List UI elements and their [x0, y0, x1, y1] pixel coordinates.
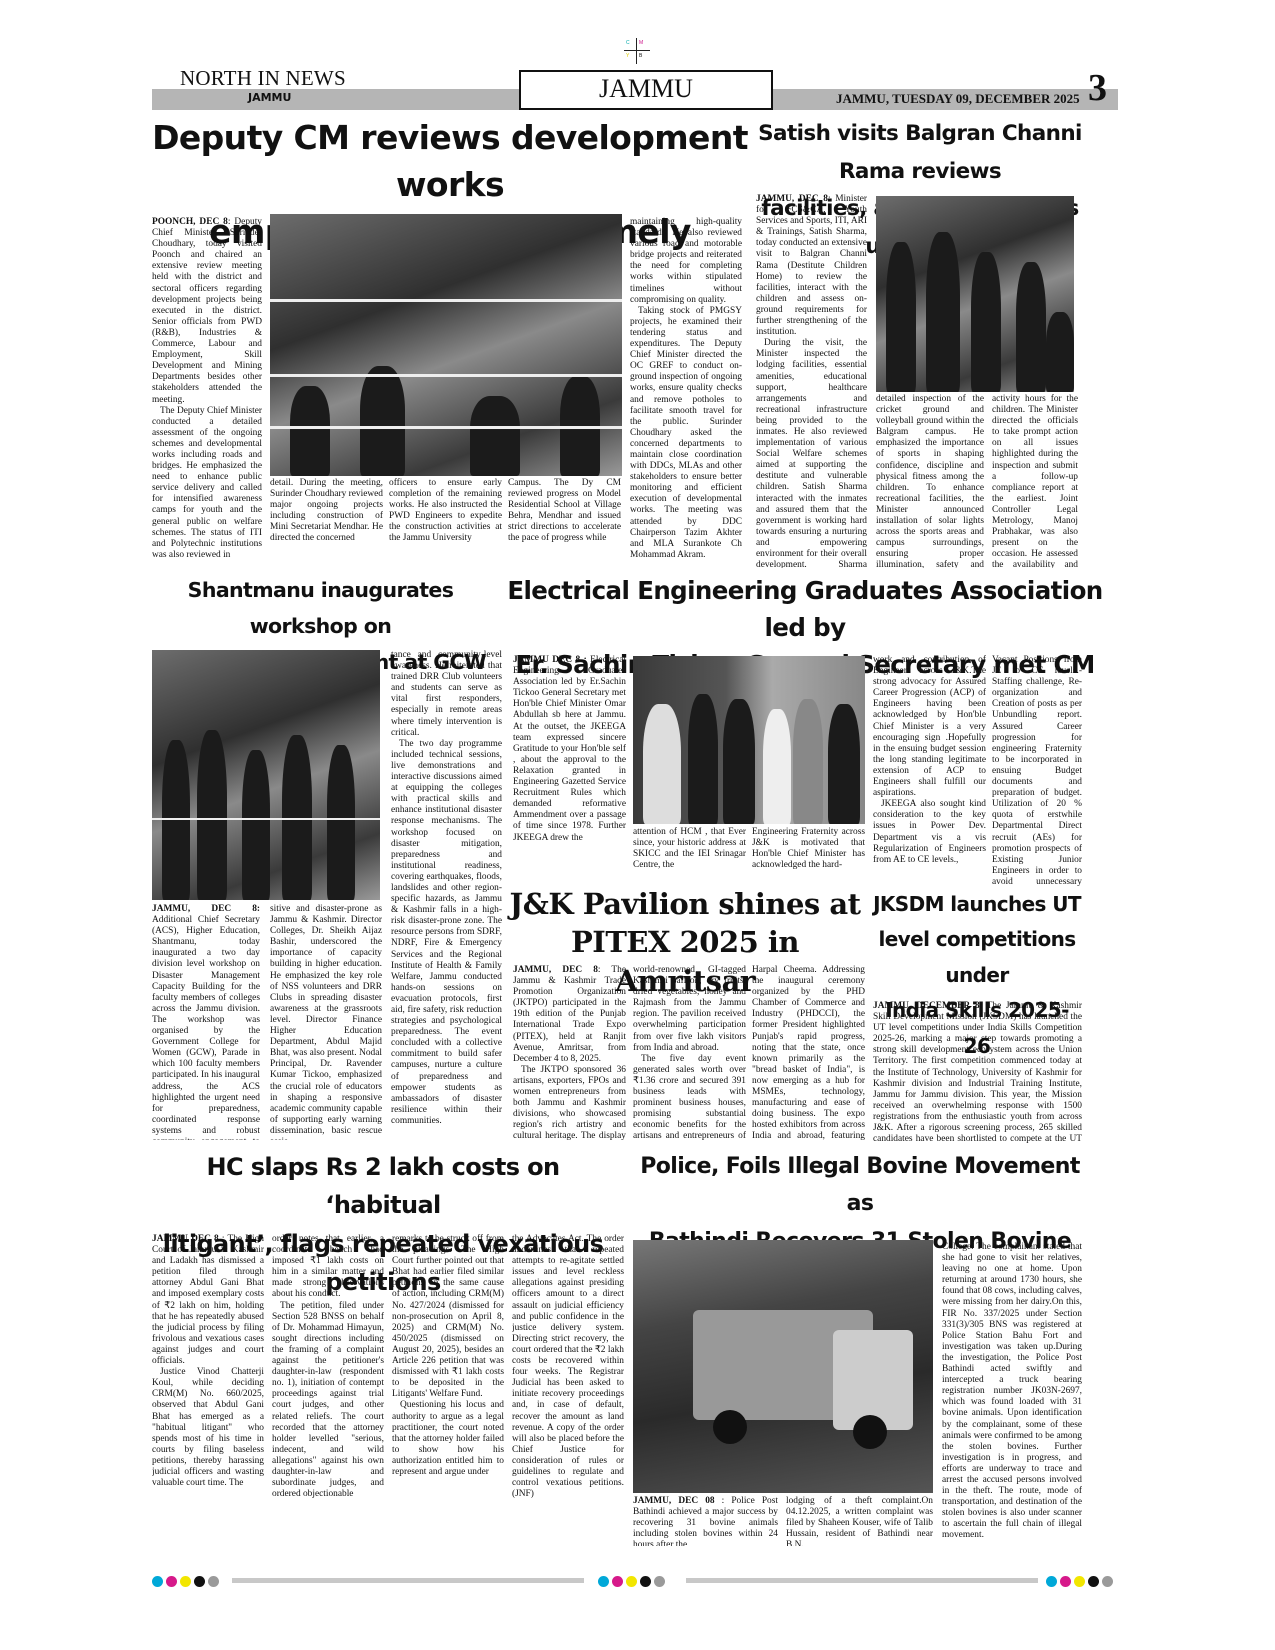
- article-column: JAMMU, DEC 8: The Jammu & Kashmir Trade …: [513, 965, 626, 1143]
- headline-line: level competitions under: [872, 922, 1082, 993]
- color-swatch-group: [152, 1574, 222, 1586]
- article-column: officers to ensure early completion of t…: [389, 478, 502, 568]
- article-column: detailed inspection of the cricket groun…: [876, 394, 984, 568]
- headline-line: HC slaps Rs 2 lakh costs on ‘habitual: [148, 1148, 618, 1225]
- article-text: : The Jammu & Kashmir Skill Development …: [873, 1001, 1082, 1143]
- article-column: College. The complainant stated that she…: [942, 1242, 1082, 1547]
- article-column: JAMMU, DEC 8: Minister for FCS&CA, Youth…: [756, 194, 867, 568]
- article-column: order notes that earlier, a coordinate b…: [272, 1234, 384, 1514]
- headline-line: Shantmanu inaugurates workshop on: [148, 573, 493, 645]
- article-column: POONCH, DEC 8: Deputy Chief Minister, Su…: [152, 217, 262, 567]
- magenta-dot-icon: [1060, 1576, 1071, 1587]
- article-column: work and contribution of Engineers acros…: [873, 655, 986, 887]
- article-column: world-renowned GI-tagged Kashmiri saffro…: [633, 965, 746, 1143]
- article-photo: [152, 650, 380, 900]
- article-column: attention of HCM , that Ever since, your…: [633, 827, 746, 887]
- magenta-dot-icon: [166, 1576, 177, 1587]
- article-text: Questioning his locus and authority to a…: [392, 1400, 504, 1478]
- article-column: JAMMU DEC 8 : The High Court of Jammu & …: [152, 1234, 264, 1514]
- article-column: Vacant Positions from JE to CE levels.-S…: [992, 655, 1082, 887]
- article-dateline: JAMMU, DECEMBER 8: [873, 1001, 980, 1011]
- article-column: remarks to be struck off from the pleadi…: [392, 1234, 504, 1514]
- masthead: NORTH IN NEWS: [180, 66, 346, 91]
- article-photo: [633, 656, 865, 824]
- color-swatch-group: [598, 1574, 668, 1586]
- article-column: JAMMU, DECEMBER 8: The Jammu & Kashmir S…: [873, 1001, 1082, 1143]
- cyan-dot-icon: [1046, 1576, 1057, 1587]
- yellow-dot-icon: [180, 1576, 191, 1587]
- cyan-dot-icon: [598, 1576, 609, 1587]
- headline-line: JKSDM launches UT: [872, 887, 1082, 922]
- footer-divider: [686, 1578, 1038, 1583]
- article-column: Harpal Cheema. Addressing the inaugural …: [752, 965, 865, 1143]
- article-column: maintaining high-quality standards. He a…: [630, 217, 742, 567]
- article-text: : Minister for FCS&CA, Youth Services an…: [756, 194, 867, 337]
- article-column: the Advocates Act. The order underlines …: [512, 1234, 624, 1514]
- magenta-dot-icon: [612, 1576, 623, 1587]
- article-dateline: JAMMU, DEC 08: [633, 1496, 715, 1506]
- article-column: detail. During the meeting, Surinder Cho…: [270, 478, 383, 568]
- headline-line: Satish visits Balgran Channi Rama review…: [750, 115, 1090, 190]
- reg-k: B: [639, 53, 642, 59]
- article-column: JAMMU, DEC 8: Additional Chief Secretary…: [152, 904, 260, 1140]
- article-dateline: JAMMU, DEC 8: [513, 965, 598, 975]
- masthead-edition: JAMMU: [248, 91, 291, 104]
- page-number: 3: [1088, 66, 1107, 110]
- reg-y: Y: [626, 53, 629, 59]
- registration-mark-icon: C M Y B: [624, 38, 650, 64]
- section-title: JAMMU: [519, 70, 773, 110]
- article-text: remarks to be struck off from the pleadi…: [392, 1234, 504, 1400]
- headline-line: Deputy CM reviews development works: [150, 115, 750, 209]
- article-text: Taking stock of PMGSY projects, he exami…: [630, 306, 742, 561]
- black-dot-icon: [640, 1576, 651, 1587]
- article-text: Justice Vinod Chatterji Koul, while deci…: [152, 1367, 264, 1489]
- article-text: The Deputy Chief Minister conducted a de…: [152, 406, 262, 561]
- article-text: The JKTPO sponsored 36 artisans, exporte…: [513, 1065, 626, 1143]
- article-text: Electrical Engineering Graduates Associa…: [513, 655, 626, 843]
- article-text: Additional Chief Secretary (ACS), Higher…: [152, 915, 260, 1140]
- black-dot-icon: [1088, 1576, 1099, 1587]
- article-column: JAMMU, DEC 08 : Police Post Bathindi ach…: [633, 1496, 778, 1546]
- article-text: The two day programme included technical…: [391, 739, 502, 1127]
- article-text: order notes that earlier, a coordinate b…: [272, 1234, 384, 1301]
- article-text: During the visit, the Minister inspected…: [756, 338, 867, 568]
- grey-dot-icon: [654, 1576, 665, 1587]
- article-column: activity hours for the children. The Min…: [992, 394, 1078, 568]
- article-column: JAMMU DEC 8 : Electrical Engineering Gra…: [513, 655, 626, 887]
- article-dateline: JAMMU DEC 8 :: [513, 655, 587, 665]
- article-text: : The High Court of Jammu & Kashmir and …: [152, 1234, 264, 1366]
- article-column: sitive and disaster-prone as Jammu & Kas…: [270, 904, 382, 1140]
- headline-line: J&K Pavilion shines at: [505, 885, 865, 923]
- color-swatch-group: [1046, 1574, 1116, 1586]
- article-text: : The Jammu & Kashmir Trade Promotion Or…: [513, 965, 626, 1064]
- article-column: Campus. The Dy CM reviewed progress on M…: [508, 478, 621, 568]
- article-photo: [270, 214, 622, 476]
- article-dateline: POONCH, DEC 8: [152, 217, 228, 227]
- article-column: lodging of a theft complaint.On 04.12.20…: [786, 1496, 933, 1546]
- article-column: tance and community-level awareness. He …: [391, 650, 502, 1140]
- cyan-dot-icon: [152, 1576, 163, 1587]
- article-text: : Deputy Chief Minister, Surinder Choudh…: [152, 217, 262, 405]
- article-column: Engineering Fraternity across J&K is mot…: [752, 827, 865, 887]
- article-dateline: JAMMU DEC 8: [152, 1234, 219, 1244]
- article-text: The five day event generated sales worth…: [633, 1054, 746, 1143]
- article-dateline: JAMMU, DEC 8: [756, 194, 828, 204]
- grey-dot-icon: [208, 1576, 219, 1587]
- page-dateline: JAMMU, TUESDAY 09, DECEMBER 2025: [836, 91, 1080, 107]
- article-text: tance and community-level awareness. He …: [391, 650, 502, 739]
- yellow-dot-icon: [1074, 1576, 1085, 1587]
- reg-m: M: [639, 40, 643, 46]
- black-dot-icon: [194, 1576, 205, 1587]
- headline-line: Electrical Engineering Graduates Associa…: [505, 573, 1105, 647]
- article-dateline: JAMMU, DEC 8:: [152, 904, 260, 914]
- reg-c: C: [626, 40, 630, 46]
- headline-line: Police, Foils Illegal Bovine Movement as: [630, 1148, 1090, 1223]
- article-text: work and contribution of Engineers acros…: [873, 655, 986, 799]
- yellow-dot-icon: [626, 1576, 637, 1587]
- footer-divider: [232, 1578, 584, 1583]
- article-text: JKEEGA also sought kind consideration to…: [873, 799, 986, 866]
- article-text: The petition, filed under Section 528 BN…: [272, 1301, 384, 1501]
- article-photo: [633, 1240, 933, 1493]
- article-text: maintaining high-quality standards. He a…: [630, 217, 742, 306]
- article-text: world-renowned GI-tagged Kashmiri saffro…: [633, 965, 746, 1054]
- article-photo: [876, 196, 1074, 392]
- grey-dot-icon: [1102, 1576, 1113, 1587]
